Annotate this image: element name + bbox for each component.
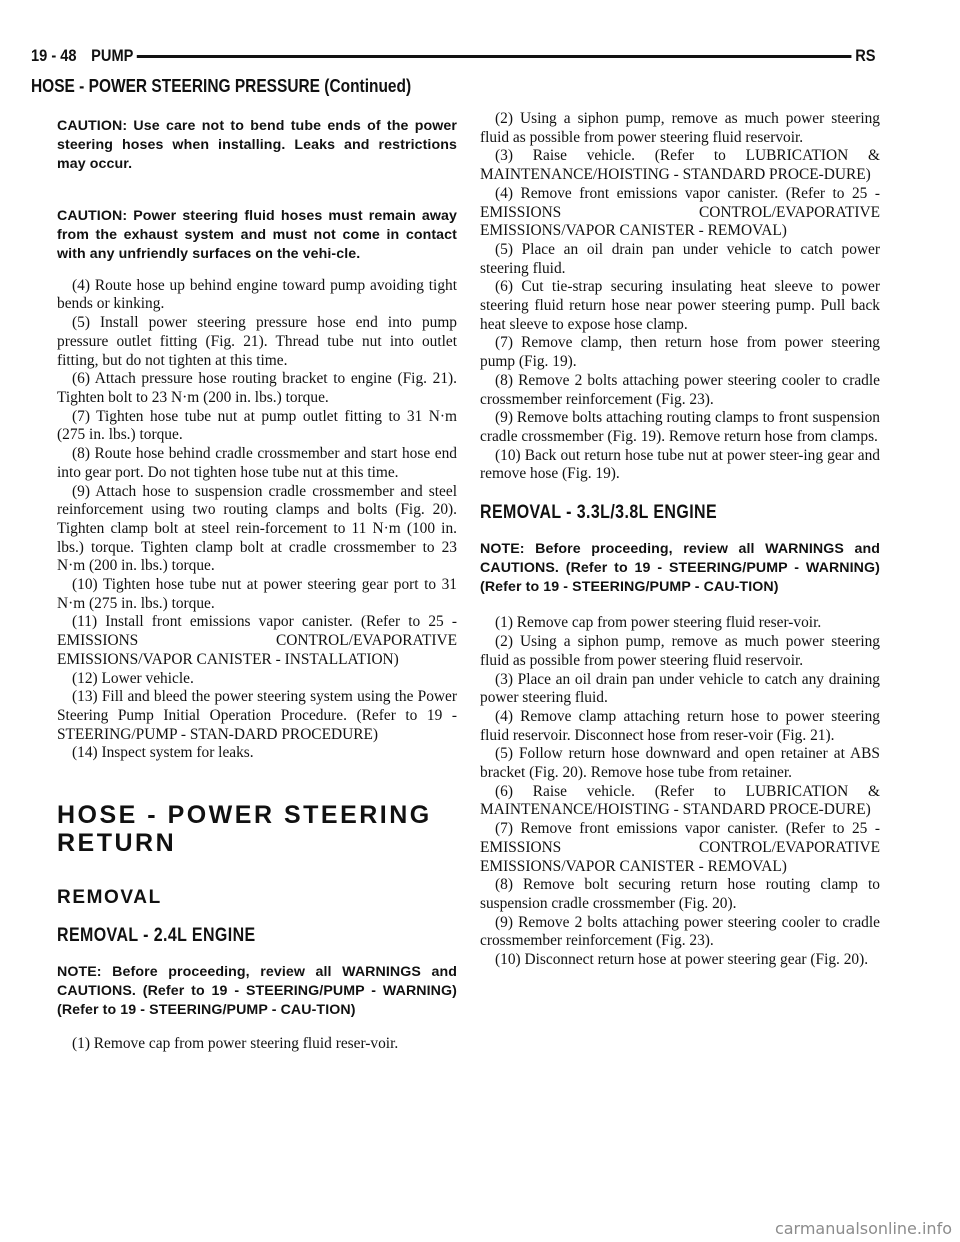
step: (8) Remove bolt securing return hose rou… [480,876,880,913]
step: (1) Remove cap from power steering fluid… [57,1035,457,1054]
step: (1) Remove cap from power steering fluid… [480,614,880,633]
step: (7) Remove clamp, then return hose from … [480,334,880,371]
right-column: (2) Using a siphon pump, remove as much … [480,110,880,970]
model-code: RS [855,46,875,66]
step: (3) Raise vehicle. (Refer to LUBRICATION… [480,147,880,184]
step: (6) Attach pressure hose routing bracket… [57,370,457,407]
caution-exhaust: CAUTION: Power steering fluid hoses must… [57,207,457,263]
step: (9) Attach hose to suspension cradle cro… [57,483,457,577]
step: (11) Install front emissions vapor canis… [57,613,457,669]
note-2-4l: NOTE: Before proceeding, review all WARN… [57,963,457,1019]
step: (10) Tighten hose tube nut at power stee… [57,576,457,613]
removal-3-3l-heading: REMOVAL - 3.3L/3.8L ENGINE [480,502,816,524]
return-title-line1: HOSE - POWER STEERING [57,801,457,829]
removal-2-4l-heading: REMOVAL - 2.4L ENGINE [57,925,393,947]
continued-title: HOSE - POWER STEERING PRESSURE (Continue… [31,76,411,97]
section-name: PUMP [91,46,133,66]
step: (14) Inspect system for leaks. [57,744,457,763]
note-3-3l: NOTE: Before proceeding, review all WARN… [480,540,880,596]
return-hose-title: HOSE - POWER STEERING RETURN [57,801,457,857]
step: (2) Using a siphon pump, remove as much … [480,633,880,670]
step: (6) Raise vehicle. (Refer to LUBRICATION… [480,783,880,820]
step: (8) Remove 2 bolts attaching power steer… [480,372,880,409]
step: (7) Remove front emissions vapor caniste… [480,820,880,876]
removal-heading: REMOVAL [57,887,457,909]
step: (9) Remove 2 bolts attaching power steer… [480,914,880,951]
step: (3) Place an oil drain pan under vehicle… [480,671,880,708]
return-title-line2: RETURN [57,829,457,857]
step: (6) Cut tie-strap securing insulating he… [480,278,880,334]
step: (7) Tighten hose tube nut at pump outlet… [57,408,457,445]
step: (4) Route hose up behind engine toward p… [57,277,457,314]
step: (5) Place an oil drain pan under vehicle… [480,241,880,278]
step: (8) Route hose behind cradle crossmember… [57,445,457,482]
step: (9) Remove bolts attaching routing clamp… [480,409,880,446]
step: (4) Remove front emissions vapor caniste… [480,185,880,241]
step: (5) Follow return hose downward and open… [480,745,880,782]
step: (2) Using a siphon pump, remove as much … [480,110,880,147]
step: (10) Back out return hose tube nut at po… [480,447,880,484]
watermark: carmanualsonline.info [775,1219,952,1238]
step: (4) Remove clamp attaching return hose t… [480,708,880,745]
step: (10) Disconnect return hose at power ste… [480,951,880,970]
header-rule [137,55,852,58]
step: (12) Lower vehicle. [57,670,457,689]
page-number: 19 - 48 [31,46,77,66]
step: (13) Fill and bleed the power steering s… [57,688,457,744]
left-column: CAUTION: Use care not to bend tube ends … [57,117,457,1054]
step: (5) Install power steering pressure hose… [57,314,457,370]
page-header: 19 - 48 PUMP RS [31,44,876,68]
caution-tube-ends: CAUTION: Use care not to bend tube ends … [57,117,457,173]
